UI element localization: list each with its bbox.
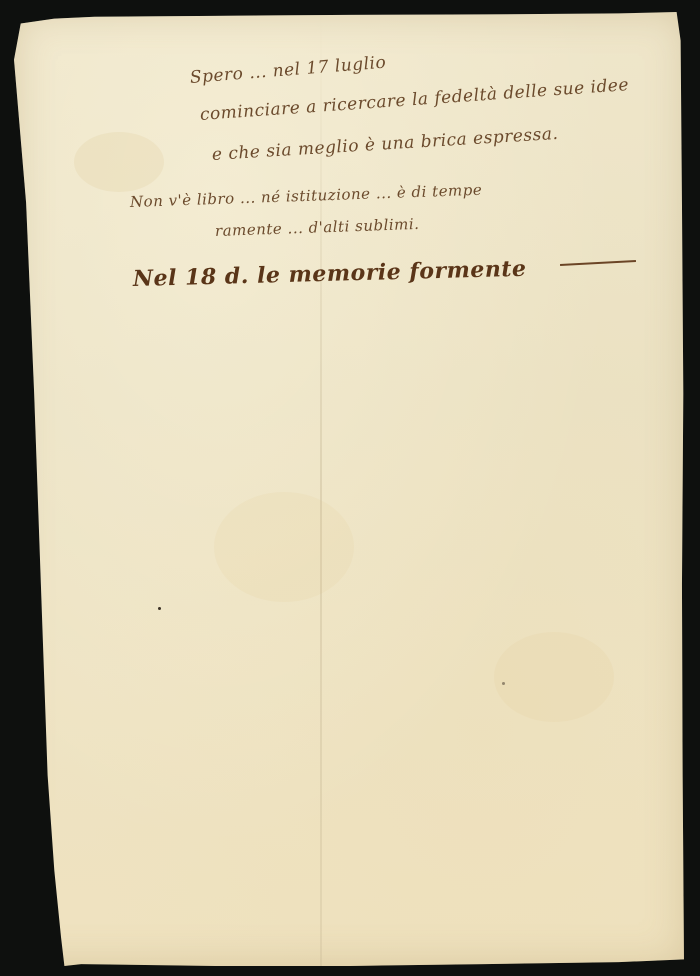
paper-stain bbox=[74, 132, 164, 192]
ink-speck bbox=[502, 682, 505, 685]
paper-stain bbox=[494, 632, 614, 722]
paper-stain bbox=[214, 492, 354, 602]
scanned-document: Spero ... nel 17 luglio cominciare a ric… bbox=[0, 0, 700, 976]
ink-speck bbox=[158, 607, 161, 610]
ink-speck bbox=[52, 922, 55, 925]
